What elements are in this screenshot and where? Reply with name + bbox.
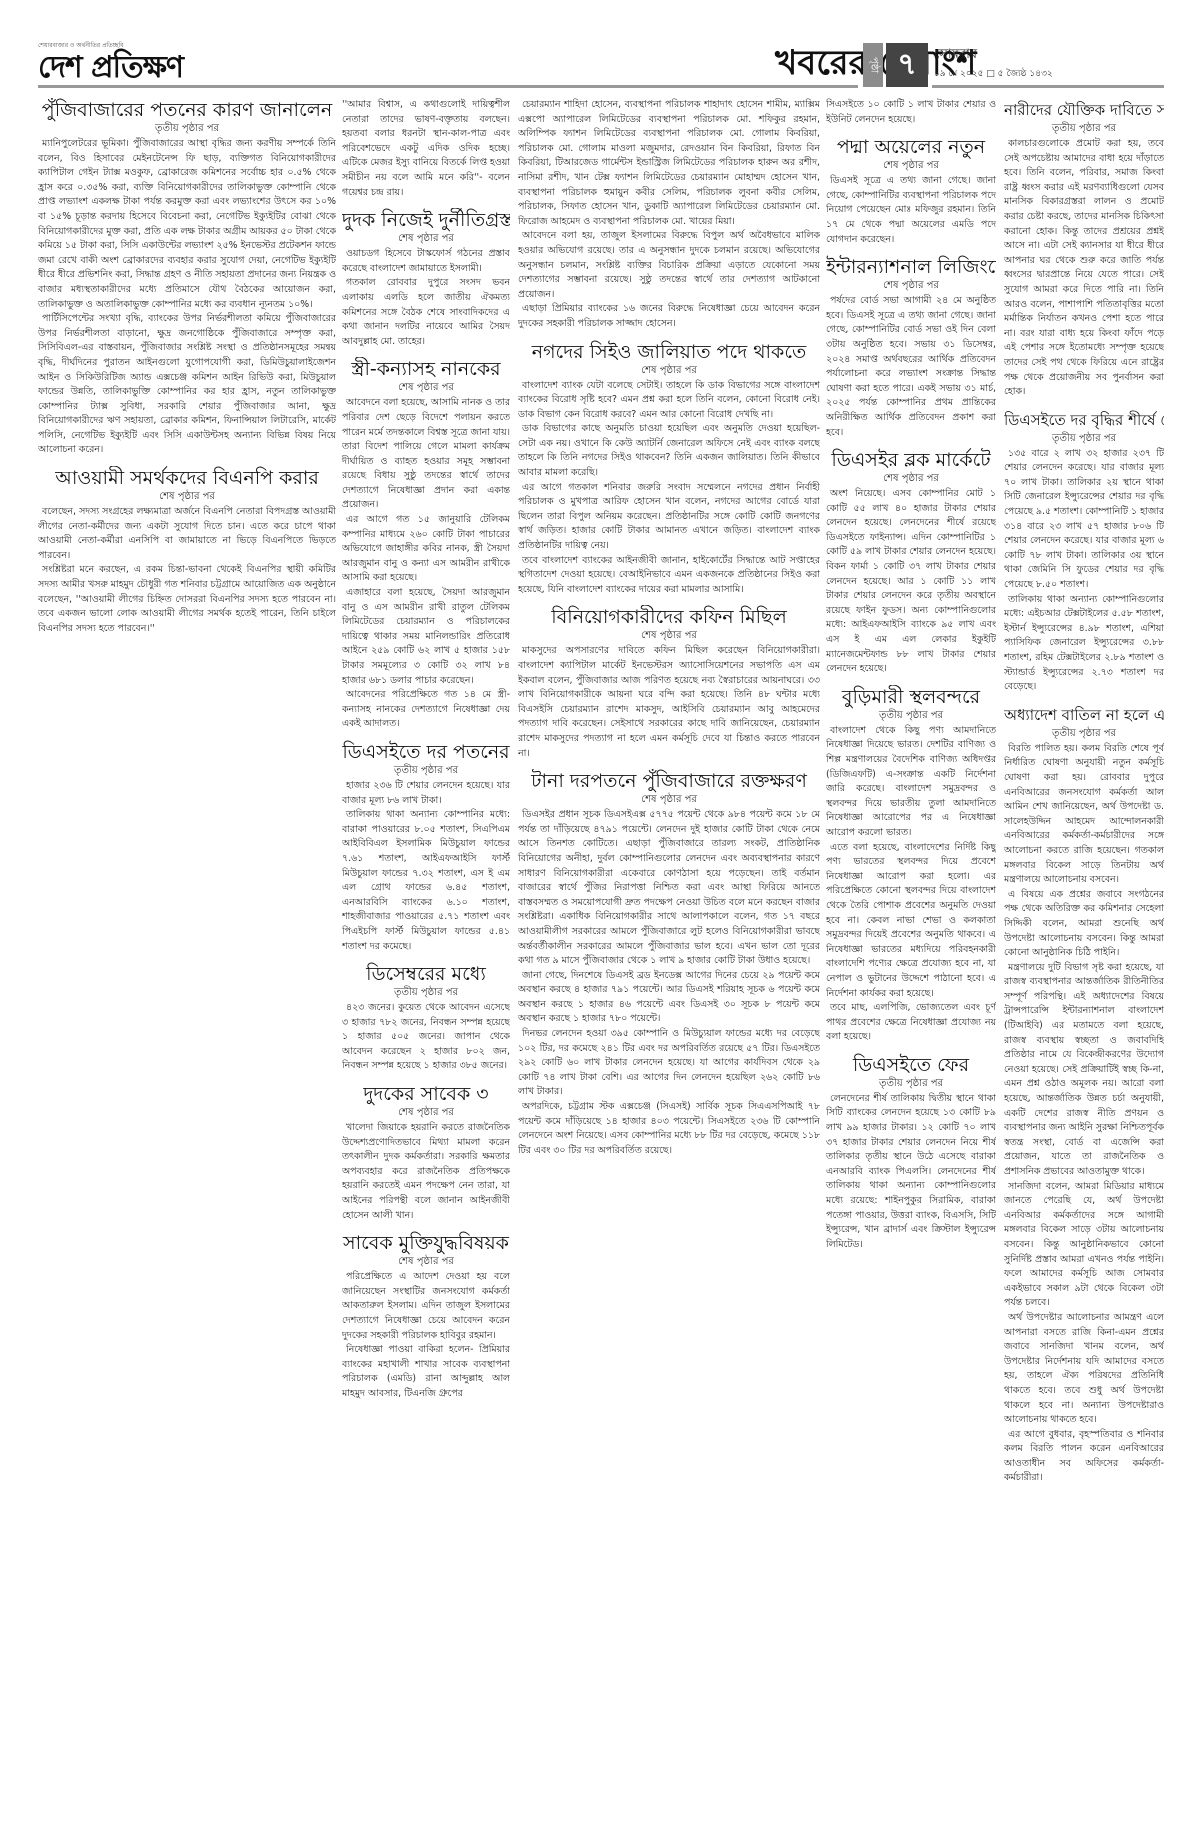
- article-body: ১৩৫ বারে ২ লাখ ৩২ হাজার ২৩৭ টি শেয়ার লে…: [1004, 447, 1164, 695]
- article-body: লেনদেনের শীর্ষ তালিকায় দ্বিতীয় স্থানে …: [826, 1092, 996, 1253]
- headline: অধ্যাদেশ বাতিল না হলে এনবিআরে: [1004, 703, 1164, 727]
- headline: পুঁজিবাজারের পতনের কারণ জানালেন: [38, 98, 336, 122]
- article-body: পরিপ্রেক্ষিতে এ আদেশ দেওয়া হয় বলে জানি…: [342, 1270, 510, 1401]
- page-label: পৃষ্ঠা: [863, 43, 883, 87]
- headline: দুদক নিজেই দুর্নীতিগ্রস্ত: [342, 208, 510, 232]
- header-rule-mid: [600, 85, 858, 88]
- headline: সাবেক মুক্তিযুদ্ধবিষয়ক: [342, 1231, 510, 1255]
- article-body: পর্ষদের বোর্ড সভা আগামী ২৪ মে অনুষ্ঠিত হ…: [826, 294, 996, 440]
- article-body: ওয়াচডগ হিসেবে টাস্কফোর্স গঠনের প্রস্তাব…: [342, 247, 510, 349]
- article-dudok-durniti: দুদক নিজেই দুর্নীতিগ্রস্ত শেষ পৃষ্ঠার পর…: [342, 208, 510, 349]
- continuation-note: শেষ পৃষ্ঠার পর: [342, 1255, 510, 1268]
- article-body: ডিএসইর প্রধান সূচক ডিএসইএক্স ৫৭৭৫ পয়েন্…: [518, 808, 820, 1158]
- continuation-note: শেষ পৃষ্ঠার পর: [342, 381, 510, 394]
- column-1: পুঁজিবাজারের পতনের কারণ জানালেন তৃতীয় প…: [38, 98, 336, 1843]
- article-cse-lead: সিএসইতে ১০ কোটি ১ লাখ টাকার শেয়ার ও ইউন…: [826, 98, 996, 127]
- article-body: অংশ নিয়েছে। এসব কোম্পানির মোট ১ কোটি ৫৫…: [826, 487, 996, 677]
- article-body: বাংলাদেশ ব্যাংক যেটা বলেছে সেটাই। তাহলে …: [518, 379, 820, 598]
- continuation-note: শেষ পৃষ্ঠার পর: [342, 1106, 510, 1119]
- article-december: ডিসেম্বরের মধ্যে তৃতীয় পৃষ্ঠার পর ৪২৩ জ…: [342, 962, 510, 1074]
- continuation-note: তৃতীয় পৃষ্ঠার পর: [1004, 122, 1164, 135]
- continuation-note: শেষ পৃষ্ঠার পর: [38, 490, 336, 503]
- article-body: আবেদনে বলা হয়েছে, আসামি নানক ও তার পরিব…: [342, 396, 510, 732]
- logo-block: শেয়ারবাজার ও অর্থনীতির প্রতিচ্ছবি দেশ প…: [38, 40, 183, 85]
- continuation-note: শেষ পৃষ্ঠার পর: [826, 159, 996, 172]
- continuation-note: শেষ পৃষ্ঠার পর: [826, 279, 996, 292]
- article-dse-fer: ডিএসইতে ফের তৃতীয় পৃষ্ঠার পর লেনদেনের শ…: [826, 1053, 996, 1253]
- headline: নগদের সিইও জালিয়াত পদে থাকতে: [518, 340, 820, 364]
- article-nbr-odhyadesh: অধ্যাদেশ বাতিল না হলে এনবিআরে তৃতীয় পৃষ…: [1004, 703, 1164, 1486]
- page-number: ৭: [886, 43, 928, 87]
- continuation-note: তৃতীয় পৃষ্ঠার পর: [1004, 432, 1164, 445]
- headline: বুড়িমারী স্থলবন্দরে: [826, 685, 996, 709]
- header-rule-left: [38, 85, 600, 88]
- article-nagad-ceo: নগদের সিইও জালিয়াত পদে থাকতে শেষ পৃষ্ঠা…: [518, 340, 820, 598]
- article-body: ম্যানিপুলেটরের ভূমিকা। পুঁজিবাজারের আস্থ…: [38, 137, 336, 458]
- continuation-note: তৃতীয় পৃষ্ঠার পর: [1004, 727, 1164, 740]
- article-kofin-michil: বিনিয়োগকারীদের কফিন মিছিল শেষ পৃষ্ঠার প…: [518, 605, 820, 761]
- date-day: সোমবার: [934, 45, 977, 66]
- article-burimari: বুড়িমারী স্থলবন্দরে তৃতীয় পৃষ্ঠার পর ব…: [826, 685, 996, 1045]
- article-body: ৪২৩ জনের। কুয়েত থেকে আবেদন এসেছে ৩ হাজা…: [342, 1001, 510, 1074]
- article-body: খালেদা জিয়াকে হয়রানি করতে রাজনৈতিক উদ্…: [342, 1121, 510, 1223]
- article-dse-dor-patan: ডিএসইতে দর পতনের তৃতীয় পৃষ্ঠার পর হাজার…: [342, 740, 510, 954]
- newspaper-logo: দেশ প্রতিক্ষণ: [38, 51, 183, 85]
- headline: ইন্টারন্যাশনাল লিজিংয়ের: [826, 255, 996, 279]
- article-international-leasing: ইন্টারন্যাশনাল লিজিংয়ের শেষ পৃষ্ঠার পর …: [826, 255, 996, 440]
- column-3: চেয়ারম্যান শাহিদা হোসেন, ব্যবস্থাপনা পর…: [518, 98, 820, 1843]
- column-4: সিএসইতে ১০ কোটি ১ লাখ টাকার শেয়ার ও ইউন…: [826, 98, 996, 1843]
- continuation-note: তৃতীয় পৃষ্ঠার পর: [826, 1077, 996, 1090]
- headline: বিনিয়োগকারীদের কফিন মিছিল: [518, 605, 820, 629]
- article-body: হাজার ২৩৬ টি শেয়ার লেনদেন হয়েছে। যার ব…: [342, 779, 510, 954]
- article-muktijuddho: সাবেক মুক্তিযুদ্ধবিষয়ক শেষ পৃষ্ঠার পর প…: [342, 1231, 510, 1401]
- article-body: সিএসইতে ১০ কোটি ১ লাখ টাকার শেয়ার ও ইউন…: [826, 98, 996, 127]
- article-nanok: স্ত্রী-কন্যাসহ নানকের শেষ পৃষ্ঠার পর আবে…: [342, 357, 510, 732]
- headline: ডিএসইতে ফের: [826, 1053, 996, 1077]
- article-body: ''আমার বিশ্বাস, এ কথাগুলোই দায়িত্বশীল ন…: [342, 98, 510, 200]
- article-rokto-khoron: টানা দরপতনে পুঁজিবাজারে রক্তক্ষরণ শেষ পৃ…: [518, 769, 820, 1158]
- headline: ডিএসইতে দর পতনের: [342, 740, 510, 764]
- continuation-note: শেষ পৃষ্ঠার পর: [518, 364, 820, 377]
- article-pujibazar-patan: পুঁজিবাজারের পতনের কারণ জানালেন তৃতীয় প…: [38, 98, 336, 458]
- column-2: ''আমার বিশ্বাস, এ কথাগুলোই দায়িত্বশীল ন…: [342, 98, 510, 1843]
- continuation-note: শেষ পৃষ্ঠার পর: [518, 629, 820, 642]
- article-quote-continuation: ''আমার বিশ্বাস, এ কথাগুলোই দায়িত্বশীল ন…: [342, 98, 510, 200]
- continuation-note: তৃতীয় পৃষ্ঠার পর: [342, 764, 510, 777]
- headline: টানা দরপতনে পুঁজিবাজারে রক্তক্ষরণ: [518, 769, 820, 793]
- column-5: নারীদের যৌক্তিক দাবিতে সমর্থনের তৃতীয় প…: [1004, 98, 1164, 1843]
- headline: ডিএসইর ব্লক মার্কেটে: [826, 448, 996, 472]
- article-body: বিরতি পালিত হয়। কলম বিরতি শেষে পূর্ব নি…: [1004, 742, 1164, 1486]
- headline: নারীদের যৌক্তিক দাবিতে সমর্থনের: [1004, 98, 1164, 122]
- article-padma-oil: পদ্মা অয়েলের নতুন শেষ পৃষ্ঠার পর ডিএসই …: [826, 135, 996, 247]
- continuation-note: শেষ পৃষ্ঠার পর: [342, 232, 510, 245]
- continuation-note: শেষ পৃষ্ঠার পর: [826, 472, 996, 485]
- article-dudok-sabek: দুদকের সাবেক ৩ শেষ পৃষ্ঠার পর খালেদা জিয…: [342, 1082, 510, 1223]
- headline: ডিএসইতে দর বৃদ্ধির শীর্ষে সোনারগাঁও: [1004, 408, 1164, 432]
- continuation-note: তৃতীয় পৃষ্ঠার পর: [826, 709, 996, 722]
- date-line: ১৯ মে ২০২৫ □ ৫ জ্যৈষ্ঠ ১৪৩২: [934, 66, 1053, 81]
- article-body: কালচারগুলোকে প্রমোট করা হয়, তবে সেই অপচ…: [1004, 137, 1164, 400]
- article-block-market: ডিএসইর ব্লক মার্কেটে শেষ পৃষ্ঠার পর অংশ …: [826, 448, 996, 677]
- article-body: বলেছেন, সদস্য সংগ্রহের লক্ষ্যমাত্রা অর্জ…: [38, 505, 336, 636]
- headline: দুদকের সাবেক ৩: [342, 1082, 510, 1106]
- continuation-note: তৃতীয় পৃষ্ঠার পর: [38, 122, 336, 135]
- article-body: বাংলাদেশ থেকে কিছু পণ্য আমদানিতে নিষেধাজ…: [826, 724, 996, 1045]
- headline: আওয়ামী সমর্থকদের বিএনপি করার: [38, 466, 336, 490]
- header-rule-right: [932, 85, 1164, 88]
- headline: ডিসেম্বরের মধ্যে: [342, 962, 510, 986]
- article-awami-bnp: আওয়ামী সমর্থকদের বিএনপি করার শেষ পৃষ্ঠা…: [38, 466, 336, 636]
- headline: স্ত্রী-কন্যাসহ নানকের: [342, 357, 510, 381]
- masthead: শেয়ারবাজার ও অর্থনীতির প্রতিচ্ছবি দেশ প…: [0, 0, 1200, 90]
- continuation-note: শেষ পৃষ্ঠার পর: [518, 793, 820, 806]
- article-body: মাকসুদের অপসারণের দাবিতে কফিন মিছিল করেছ…: [518, 644, 820, 761]
- article-sonargaon: ডিএসইতে দর বৃদ্ধির শীর্ষে সোনারগাঁও তৃতী…: [1004, 408, 1164, 695]
- continuation-note: তৃতীয় পৃষ্ঠার পর: [342, 986, 510, 999]
- article-body: চেয়ারম্যান শাহিদা হোসেন, ব্যবস্থাপনা পর…: [518, 98, 820, 332]
- headline: পদ্মা অয়েলের নতুন: [826, 135, 996, 159]
- article-narider-dabi: নারীদের যৌক্তিক দাবিতে সমর্থনের তৃতীয় প…: [1004, 98, 1164, 400]
- article-body: ডিএসই সূত্রে এ তথ্য জানা গেছে। জানা গেছে…: [826, 174, 996, 247]
- article-nishedhagga-list: চেয়ারম্যান শাহিদা হোসেন, ব্যবস্থাপনা পর…: [518, 98, 820, 332]
